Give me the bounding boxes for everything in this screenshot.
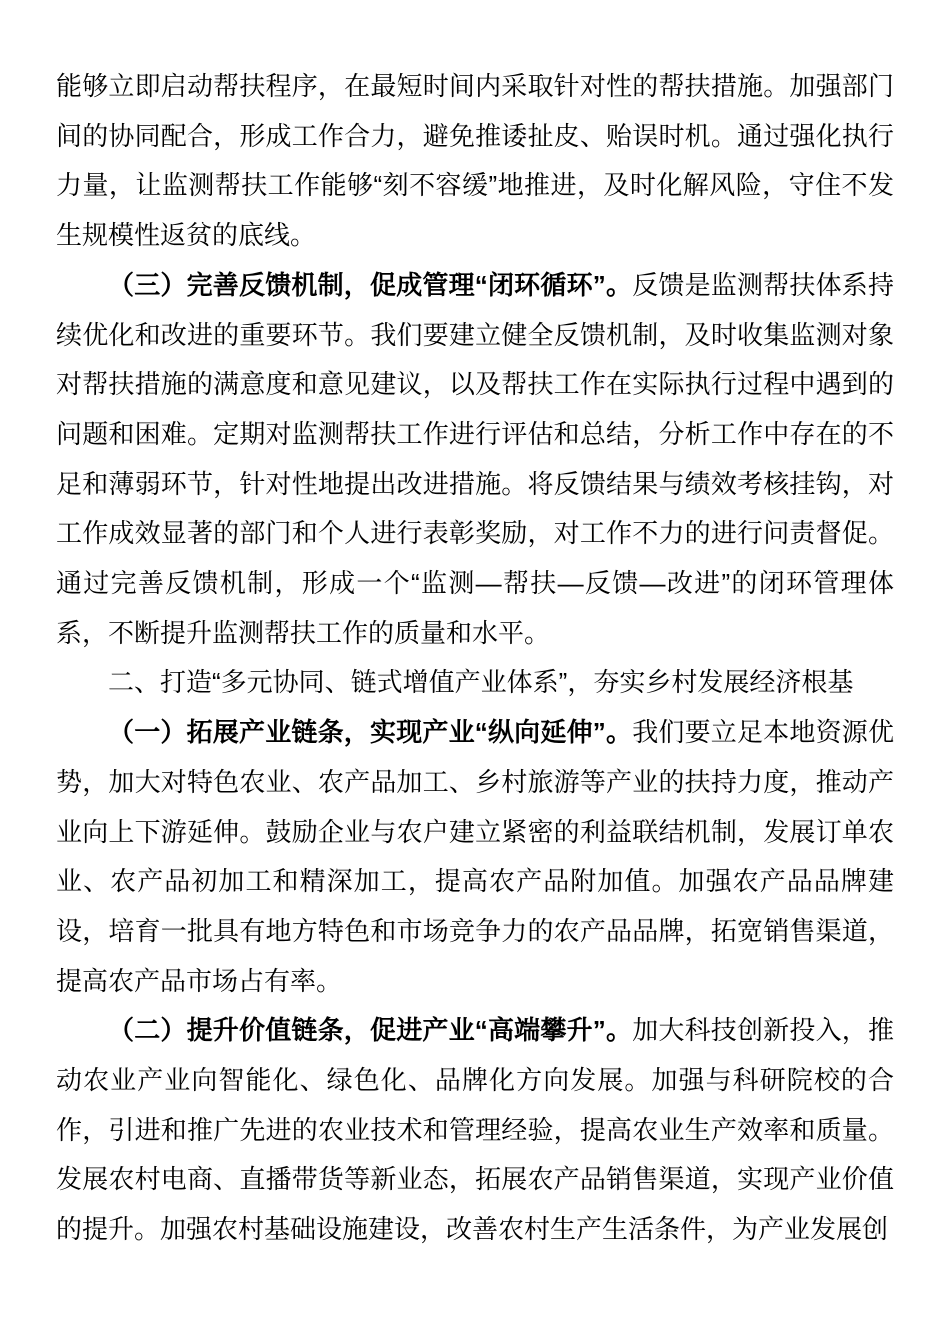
item-one-text: 我们要立足本地资源优势，加大对特色农业、农产品加工、乡村旅游等产业的扶持力度，推…	[56, 717, 894, 996]
paragraph-continuation: 能够立即启动帮扶程序，在最短时间内采取针对性的帮扶措施。加强部门间的协同配合，形…	[56, 62, 894, 261]
item-two-text: 加大科技创新投入，推动农业产业向智能化、绿色化、品牌化方向发展。加强与科研院校的…	[56, 1015, 894, 1244]
document-text-block: 能够立即启动帮扶程序，在最短时间内采取针对性的帮扶措施。加强部门间的协同配合，形…	[56, 62, 894, 1255]
section-heading-two: 二、打造“多元协同、链式增值产业体系”，夯实乡村发展经济根基	[56, 658, 894, 708]
item-two-lead-bold: （二）提升价值链条，促进产业“高端攀升”。	[108, 1015, 632, 1045]
item-paragraph-one: （一）拓展产业链条，实现产业“纵向延伸”。我们要立足本地资源优势，加大对特色农业…	[56, 708, 894, 1006]
item-three-text: 反馈是监测帮扶体系持续优化和改进的重要环节。我们要建立健全反馈机制，及时收集监测…	[56, 270, 894, 648]
item-paragraph-two: （二）提升价值链条，促进产业“高端攀升”。加大科技创新投入，推动农业产业向智能化…	[56, 1006, 894, 1255]
item-three-lead-bold: （三）完善反馈机制，促成管理“闭环循环”。	[108, 270, 632, 300]
section-heading-text: 二、打造“多元协同、链式增值产业体系”，夯实乡村发展经济根基	[108, 667, 853, 697]
item-one-lead-bold: （一）拓展产业链条，实现产业“纵向延伸”。	[108, 717, 632, 747]
paragraph-text: 能够立即启动帮扶程序，在最短时间内采取针对性的帮扶措施。加强部门间的协同配合，形…	[56, 71, 894, 250]
item-paragraph-three: （三）完善反馈机制，促成管理“闭环循环”。反馈是监测帮扶体系持续优化和改进的重要…	[56, 261, 894, 659]
document-page: 能够立即启动帮扶程序，在最短时间内采取针对性的帮扶措施。加强部门间的协同配合，形…	[0, 0, 950, 1344]
